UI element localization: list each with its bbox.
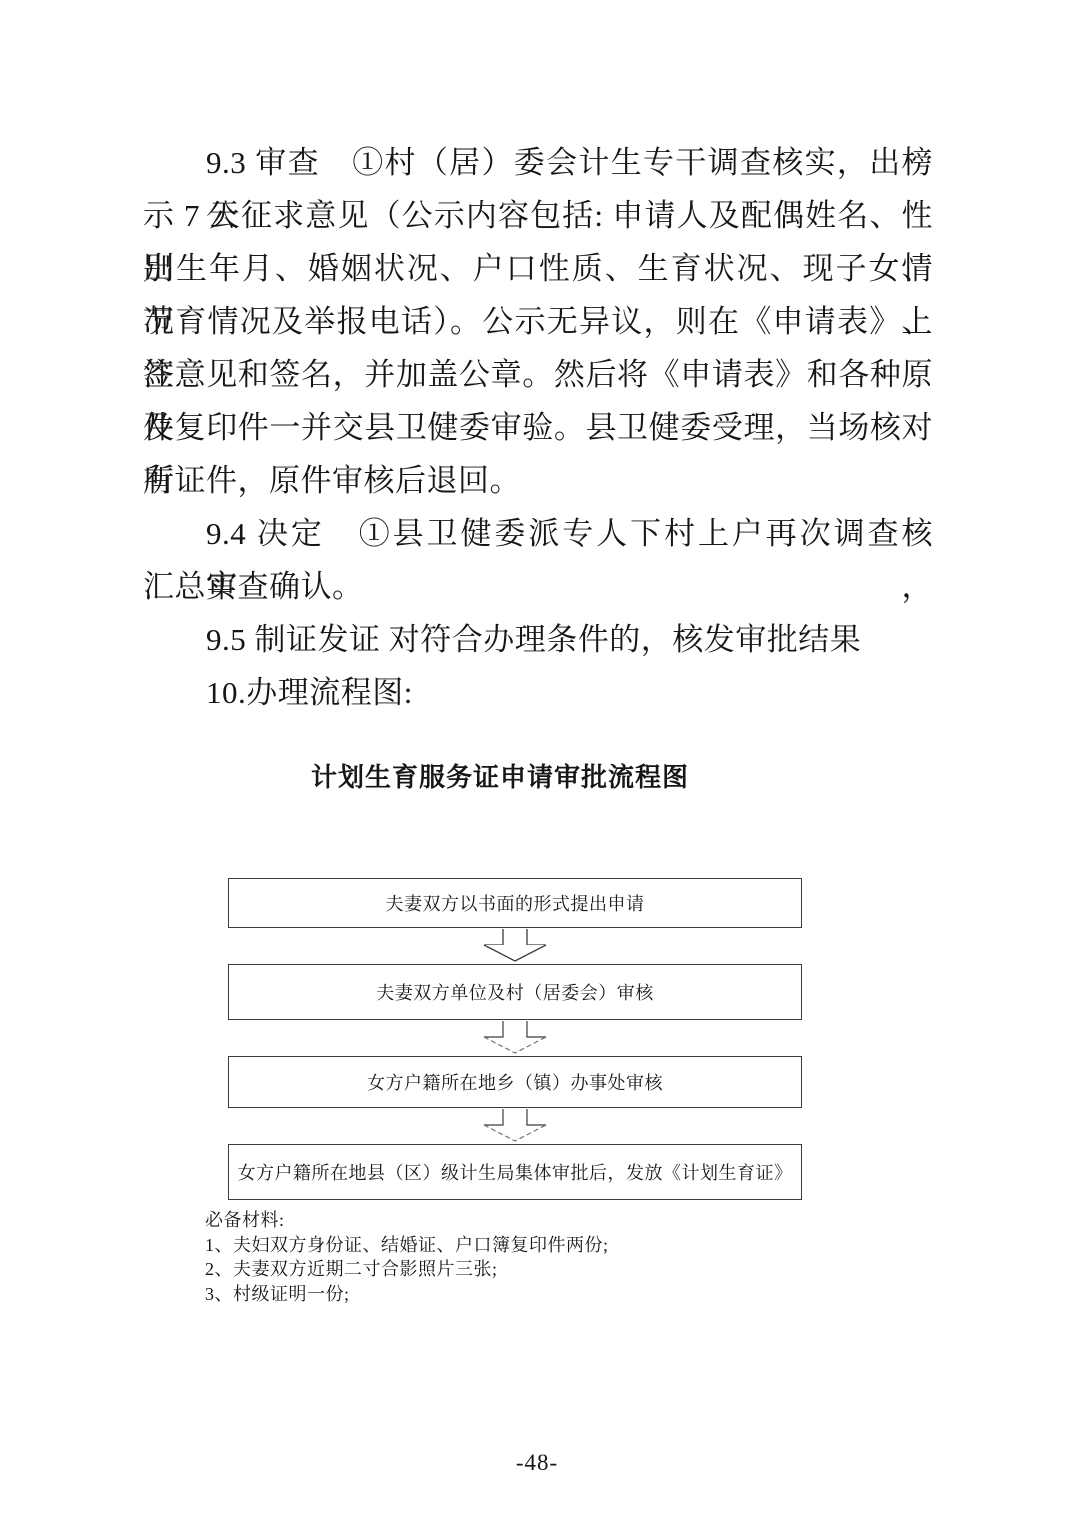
flowchart-step-county-approve: 女方户籍所在地县（区）级计生局集体审批后，发放《计划生育证》 [228,1144,802,1200]
flow-arrow-3 [228,1108,802,1144]
flow-arrow-2 [228,1020,802,1056]
down-arrow-icon [482,929,548,963]
body-line: 出生年月、婚姻状况、户口性质、生育状况、现子女情况、 [143,242,933,295]
body-line: 及复印件一并交县卫健委审验。县卫健委受理，当场核对所 [143,401,933,454]
materials-list: 必备材料: 1、夫妇双方身份证、结婚证、户口簿复印件两份; 2、夫妻双方近期二寸… [205,1208,845,1306]
page-footer: -48- [0,1450,1074,1476]
page-number: -48- [516,1450,558,1475]
flowchart-step-label: 夫妻双方单位及村（居委会）审核 [376,979,654,1005]
body-line: 9.3 审查 ①村（居）委会计生专干调查核实，出榜公 [143,136,933,189]
materials-heading: 必备材料: [205,1208,845,1233]
flowchart-title: 计划生育服务证申请审批流程图 [311,762,689,792]
down-arrow-icon [482,1021,548,1055]
flowchart-step-apply: 夫妻双方以书面的形式提出申请 [228,878,802,928]
body-line: 9.5 制证发证 对符合办理条件的，核发审批结果 [143,613,933,666]
flowchart-step-label: 女方户籍所在地乡（镇）办事处审核 [367,1069,663,1095]
materials-item: 2、夫妻双方近期二寸合影照片三张; [205,1257,845,1282]
flowchart-title-wrap: 计划生育服务证申请审批流程图 [105,757,895,794]
body-line: 节育情况及举报电话）。公示无异议，则在《申请表》上签 [143,295,933,348]
document-body: 9.3 审查 ①村（居）委会计生专干调查核实，出榜公 示 7 天征求意见（公示内… [143,136,933,719]
flowchart-step-town-review: 女方户籍所在地乡（镇）办事处审核 [228,1056,802,1108]
materials-item: 1、夫妇双方身份证、结婚证、户口簿复印件两份; [205,1233,845,1258]
flowchart-step-label: 女方户籍所在地县（区）级计生局集体审批后，发放《计划生育证》 [238,1159,793,1185]
flowchart-step-unit-review: 夫妻双方单位及村（居委会）审核 [228,964,802,1020]
body-line: 示 7 天征求意见（公示内容包括: 申请人及配偶姓名、性别、 [143,189,933,242]
body-line: 9.4 决定 ①县卫健委派专人下村上户再次调查核实， [143,507,933,560]
flowchart-step-label: 夫妻双方以书面的形式提出申请 [386,890,645,916]
materials-item: 3、村级证明一份; [205,1282,845,1307]
down-arrow-icon [482,1109,548,1143]
flow-arrow-1 [228,928,802,964]
flowchart: 夫妻双方以书面的形式提出申请 夫妻双方单位及村（居委会）审核 女方户籍所在地乡（… [228,878,802,1200]
body-line: 有证件，原件审核后退回。 [143,454,933,507]
body-line: 10.办理流程图: [143,666,933,719]
body-line: 注意见和签名，并加盖公章。然后将《申请表》和各种原件 [143,348,933,401]
